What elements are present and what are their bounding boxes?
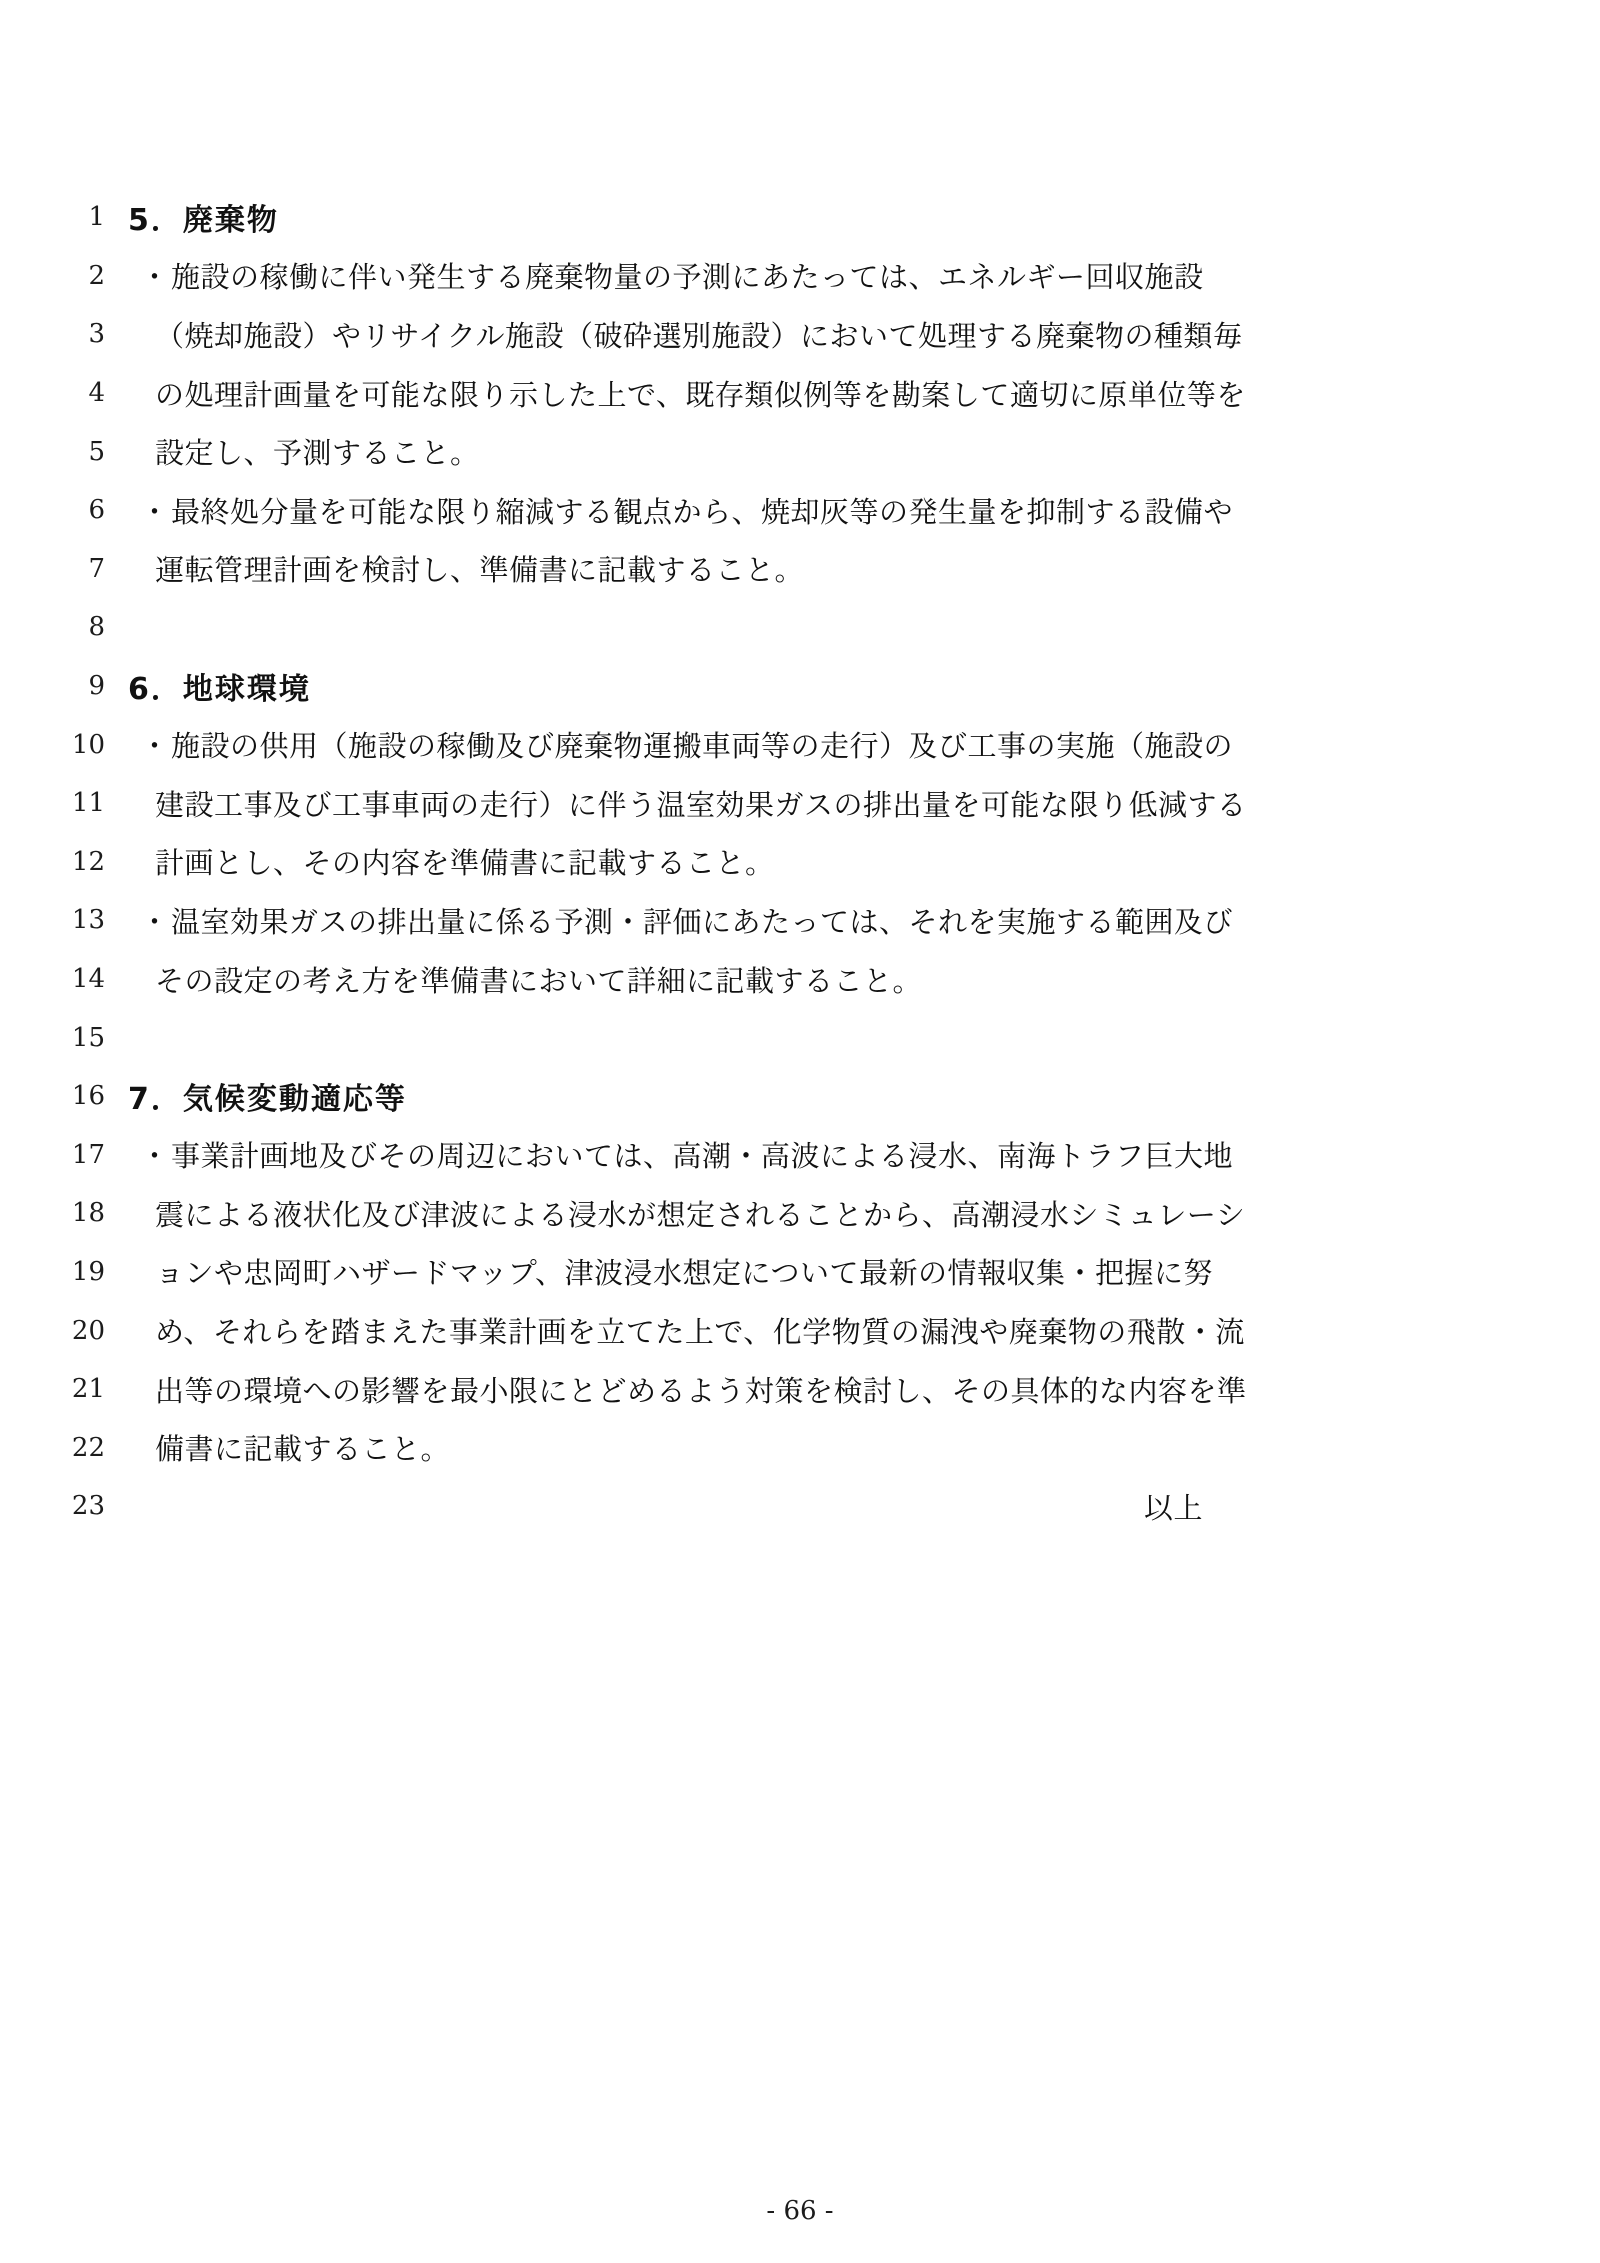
document-line: 14その設定の考え方を準備書において詳細に記載すること。 [0, 950, 1600, 1009]
document-line: 167．気候変動適応等 [0, 1067, 1600, 1126]
document-line: 11建設工事及び工事車両の走行）に伴う温室効果ガスの排出量を可能な限り低減する [0, 774, 1600, 833]
section-heading: 7．気候変動適応等 [105, 1074, 1600, 1118]
line-number: 19 [0, 1257, 105, 1287]
document-line: 2・施設の稼働に伴い発生する廃棄物量の予測にあたっては、エネルギー回収施設 [0, 247, 1600, 306]
line-number: 17 [0, 1140, 105, 1170]
document-body: 15．廃棄物2・施設の稼働に伴い発生する廃棄物量の予測にあたっては、エネルギー回… [0, 188, 1600, 1536]
line-number: 5 [0, 437, 105, 467]
document-line: 8 [0, 598, 1600, 657]
page-number: - 66 - [0, 2196, 1600, 2226]
line-content: ・事業計画地及びその周辺においては、高潮・高波による浸水、南海トラフ巨大地 [105, 1134, 1600, 1175]
bullet-icon: ・ [140, 1134, 171, 1175]
line-number: 15 [0, 1023, 105, 1053]
document-line: 13・温室効果ガスの排出量に係る予測・評価にあたっては、それを実施する範囲及び [0, 891, 1600, 950]
document-line: 18震による液状化及び津波による浸水が想定されることから、高潮浸水シミュレーシ [0, 1184, 1600, 1243]
document-line: 15 [0, 1008, 1600, 1067]
line-content: 運転管理計画を検討し、準備書に記載すること。 [105, 548, 1600, 589]
document-page: 15．廃棄物2・施設の稼働に伴い発生する廃棄物量の予測にあたっては、エネルギー回… [0, 0, 1600, 2263]
document-line: 96．地球環境 [0, 657, 1600, 716]
line-content: め、それらを踏まえた事業計画を立てた上で、化学物質の漏洩や廃棄物の飛散・流 [105, 1310, 1600, 1351]
document-line: 21出等の環境への影響を最小限にとどめるよう対策を検討し、その具体的な内容を準 [0, 1360, 1600, 1419]
line-content: 備書に記載すること。 [105, 1427, 1600, 1468]
closing-text: 以上 [105, 1486, 1600, 1527]
line-content: ・温室効果ガスの排出量に係る予測・評価にあたっては、それを実施する範囲及び [105, 900, 1600, 941]
line-content: 計画とし、その内容を準備書に記載すること。 [105, 841, 1600, 882]
line-content: 震による液状化及び津波による浸水が想定されることから、高潮浸水シミュレーシ [105, 1193, 1600, 1234]
document-line: 22備書に記載すること。 [0, 1418, 1600, 1477]
line-text: 最終処分量を可能な限り縮減する観点から、焼却灰等の発生量を抑制する設備や [171, 495, 1233, 529]
line-content: の処理計画量を可能な限り示した上で、既存類似例等を勘案して適切に原単位等を [105, 373, 1600, 414]
line-number: 3 [0, 319, 105, 349]
line-content: （焼却施設）やリサイクル施設（破砕選別施設）において処理する廃棄物の種類毎 [105, 314, 1600, 355]
document-line: 4の処理計画量を可能な限り示した上で、既存類似例等を勘案して適切に原単位等を [0, 364, 1600, 423]
bullet-icon: ・ [140, 490, 171, 531]
document-line: 10・施設の供用（施設の稼働及び廃棄物運搬車両等の走行）及び工事の実施（施設の [0, 715, 1600, 774]
section-heading: 6．地球環境 [105, 664, 1600, 708]
section-heading: 5．廃棄物 [105, 195, 1600, 239]
line-number: 20 [0, 1316, 105, 1346]
line-text: 温室効果ガスの排出量に係る予測・評価にあたっては、それを実施する範囲及び [171, 905, 1233, 939]
line-number: 16 [0, 1081, 105, 1111]
line-number: 13 [0, 905, 105, 935]
line-content: 設定し、予測すること。 [105, 431, 1600, 472]
line-number: 21 [0, 1374, 105, 1404]
line-number: 12 [0, 847, 105, 877]
line-content: 建設工事及び工事車両の走行）に伴う温室効果ガスの排出量を可能な限り低減する [105, 783, 1600, 824]
document-line: 12計画とし、その内容を準備書に記載すること。 [0, 833, 1600, 892]
line-content: ・最終処分量を可能な限り縮減する観点から、焼却灰等の発生量を抑制する設備や [105, 490, 1600, 531]
document-line: 6・最終処分量を可能な限り縮減する観点から、焼却灰等の発生量を抑制する設備や [0, 481, 1600, 540]
line-number: 22 [0, 1433, 105, 1463]
document-line: 5設定し、予測すること。 [0, 422, 1600, 481]
document-line: 20め、それらを踏まえた事業計画を立てた上で、化学物質の漏洩や廃棄物の飛散・流 [0, 1301, 1600, 1360]
document-line: 17・事業計画地及びその周辺においては、高潮・高波による浸水、南海トラフ巨大地 [0, 1126, 1600, 1185]
line-number: 2 [0, 261, 105, 291]
line-number: 7 [0, 554, 105, 584]
document-line: 23以上 [0, 1477, 1600, 1536]
line-number: 9 [0, 671, 105, 701]
line-number: 8 [0, 612, 105, 642]
document-line: 7運転管理計画を検討し、準備書に記載すること。 [0, 540, 1600, 599]
line-text: 事業計画地及びその周辺においては、高潮・高波による浸水、南海トラフ巨大地 [171, 1139, 1233, 1173]
line-number: 4 [0, 378, 105, 408]
line-text: 施設の供用（施設の稼働及び廃棄物運搬車両等の走行）及び工事の実施（施設の [171, 729, 1233, 763]
line-number: 10 [0, 730, 105, 760]
line-number: 6 [0, 495, 105, 525]
bullet-icon: ・ [140, 255, 171, 296]
line-number: 11 [0, 788, 105, 818]
line-number: 23 [0, 1491, 105, 1521]
line-content: その設定の考え方を準備書において詳細に記載すること。 [105, 959, 1600, 1000]
document-line: 15．廃棄物 [0, 188, 1600, 247]
line-content: ・施設の供用（施設の稼働及び廃棄物運搬車両等の走行）及び工事の実施（施設の [105, 724, 1600, 765]
line-content: 出等の環境への影響を最小限にとどめるよう対策を検討し、その具体的な内容を準 [105, 1369, 1600, 1410]
bullet-icon: ・ [140, 900, 171, 941]
line-content: ョンや忠岡町ハザードマップ、津波浸水想定について最新の情報収集・把握に努 [105, 1251, 1600, 1292]
line-number: 14 [0, 964, 105, 994]
document-line: 19ョンや忠岡町ハザードマップ、津波浸水想定について最新の情報収集・把握に努 [0, 1243, 1600, 1302]
line-number: 18 [0, 1198, 105, 1228]
document-line: 3（焼却施設）やリサイクル施設（破砕選別施設）において処理する廃棄物の種類毎 [0, 305, 1600, 364]
line-content: ・施設の稼働に伴い発生する廃棄物量の予測にあたっては、エネルギー回収施設 [105, 255, 1600, 296]
line-number: 1 [0, 202, 105, 232]
bullet-icon: ・ [140, 724, 171, 765]
line-text: 施設の稼働に伴い発生する廃棄物量の予測にあたっては、エネルギー回収施設 [171, 260, 1204, 294]
